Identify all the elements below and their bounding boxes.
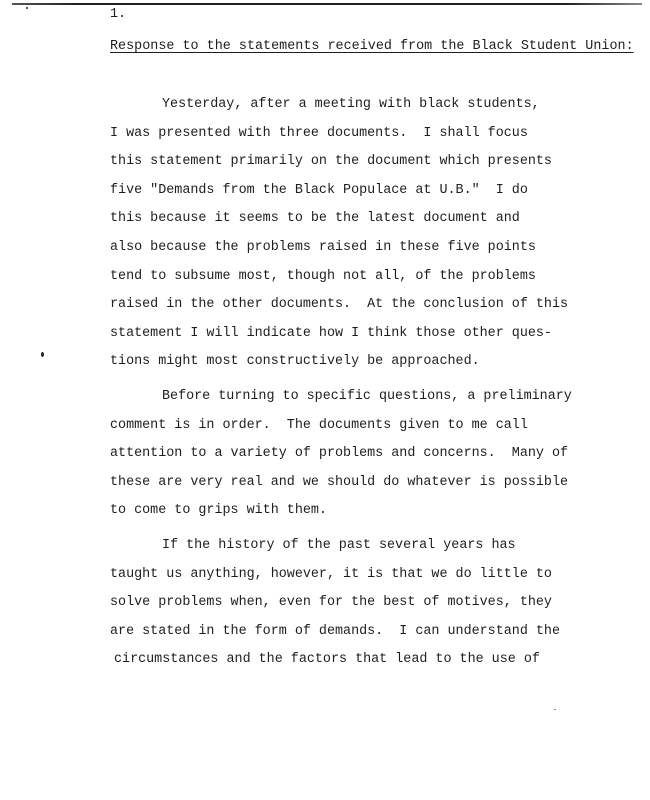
text-line: five "Demands from the Black Populace at… [110, 177, 610, 206]
text-line: tend to subsume most, though not all, of… [110, 263, 610, 292]
page-number: 1. [110, 5, 126, 25]
paragraph-2: Before turning to specific questions, a … [110, 383, 610, 526]
paragraph-3: If the history of the past several years… [110, 532, 610, 675]
text-line: attention to a variety of problems and c… [110, 440, 610, 469]
text-line: I was presented with three documents. I … [110, 120, 610, 149]
text-line: tions might most constructively be appro… [110, 348, 610, 377]
text-line: this statement primarily on the document… [110, 148, 610, 177]
text-line: are stated in the form of demands. I can… [110, 618, 610, 647]
text-line: If the history of the past several years… [110, 532, 610, 561]
text-line: raised in the other documents. At the co… [110, 291, 610, 320]
scan-speck [41, 352, 44, 357]
text-line: circumstances and the factors that lead … [110, 646, 610, 675]
scan-speck [554, 709, 556, 710]
text-line: Before turning to specific questions, a … [110, 383, 610, 412]
text-line: these are very real and we should do wha… [110, 469, 610, 498]
text-line: to come to grips with them. [110, 497, 610, 526]
text-line: taught us anything, however, it is that … [110, 561, 610, 590]
text-line: comment is in order. The documents given… [110, 412, 610, 441]
scan-speck [26, 7, 28, 9]
top-edge-rule [12, 3, 642, 5]
document-body: Yesterday, after a meeting with black st… [110, 91, 610, 675]
text-line: statement I will indicate how I think th… [110, 320, 610, 349]
text-line: also because the problems raised in thes… [110, 234, 610, 263]
text-line: Yesterday, after a meeting with black st… [110, 91, 610, 120]
document-heading: Response to the statements received from… [110, 37, 634, 57]
paragraph-1: Yesterday, after a meeting with black st… [110, 91, 610, 377]
text-line: solve problems when, even for the best o… [110, 589, 610, 618]
text-line: this because it seems to be the latest d… [110, 205, 610, 234]
